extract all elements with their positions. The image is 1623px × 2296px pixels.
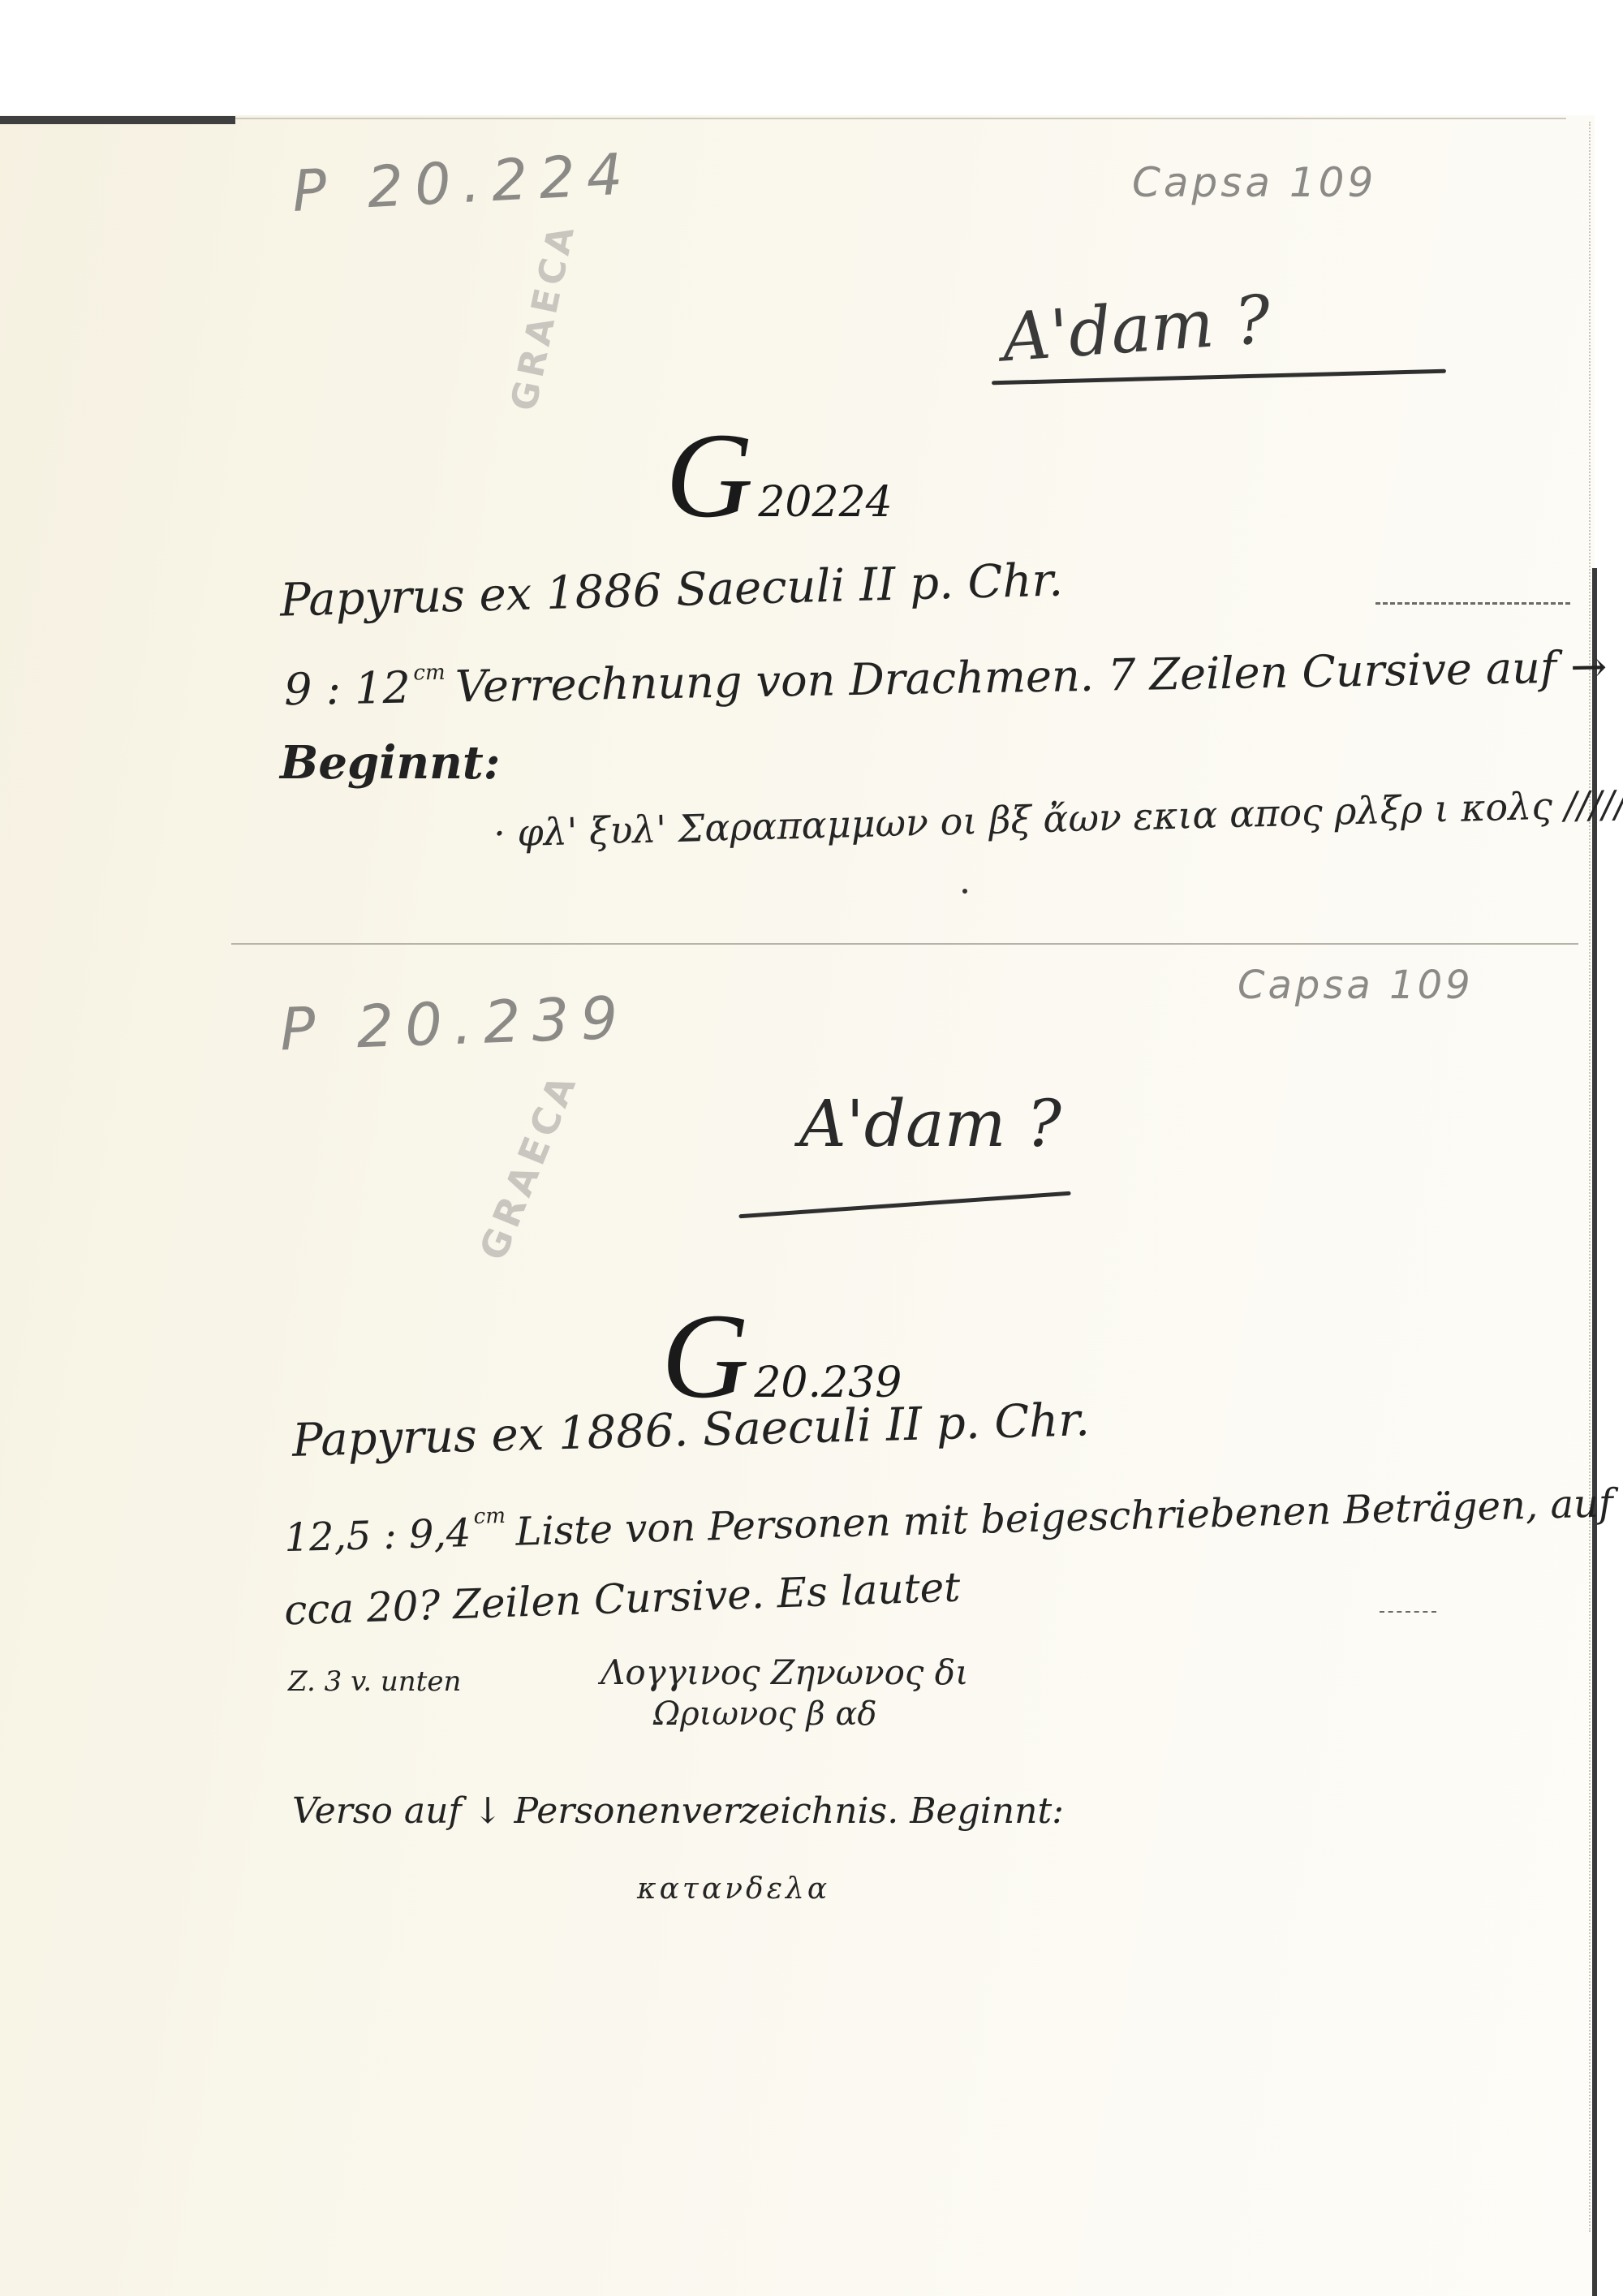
dimensions: 12,5 : 9,4 bbox=[284, 1510, 471, 1561]
heading-number: 20224 bbox=[758, 478, 892, 527]
incipit-label: Beginnt: bbox=[280, 740, 500, 786]
inventory-heading: G20224 bbox=[665, 406, 893, 545]
right-margin-dots bbox=[1589, 122, 1591, 2232]
quote-line-1: Λογγινος Ζηνωνος δι bbox=[601, 1656, 969, 1690]
margin-dash-rule bbox=[1380, 1611, 1436, 1613]
shelf-mark: Capsa 109 bbox=[1238, 966, 1474, 1005]
unit: cm bbox=[473, 1504, 506, 1529]
quote-line-2: Ωριωνος β αδ bbox=[653, 1698, 876, 1730]
margin-dash-rule bbox=[1375, 602, 1570, 605]
stray-dot bbox=[962, 889, 967, 894]
verso-line: Verso auf ↓ Personenverzeichnis. Beginnt… bbox=[292, 1794, 1064, 1829]
pencil-inventory-number: P 20.239 bbox=[279, 989, 630, 1059]
pencil-inventory-number: P 20.224 bbox=[291, 145, 635, 220]
verso-incipit: κατανδελα bbox=[637, 1875, 830, 1904]
heading-letter: G bbox=[665, 408, 753, 543]
unit: cm bbox=[413, 661, 446, 686]
quote-marker: Z. 3 v. unten bbox=[288, 1668, 461, 1695]
dimensions: 9 : 12 bbox=[284, 662, 411, 716]
entry-divider bbox=[231, 943, 1578, 945]
right-page-edge bbox=[1592, 568, 1597, 2296]
top-edge-rule bbox=[0, 116, 235, 124]
shelf-mark: Capsa 109 bbox=[1132, 162, 1376, 203]
top-faint-rule bbox=[235, 118, 1566, 119]
attribution-note: A'dam ? bbox=[1001, 287, 1273, 373]
attribution-note: A'dam ? bbox=[799, 1092, 1061, 1157]
